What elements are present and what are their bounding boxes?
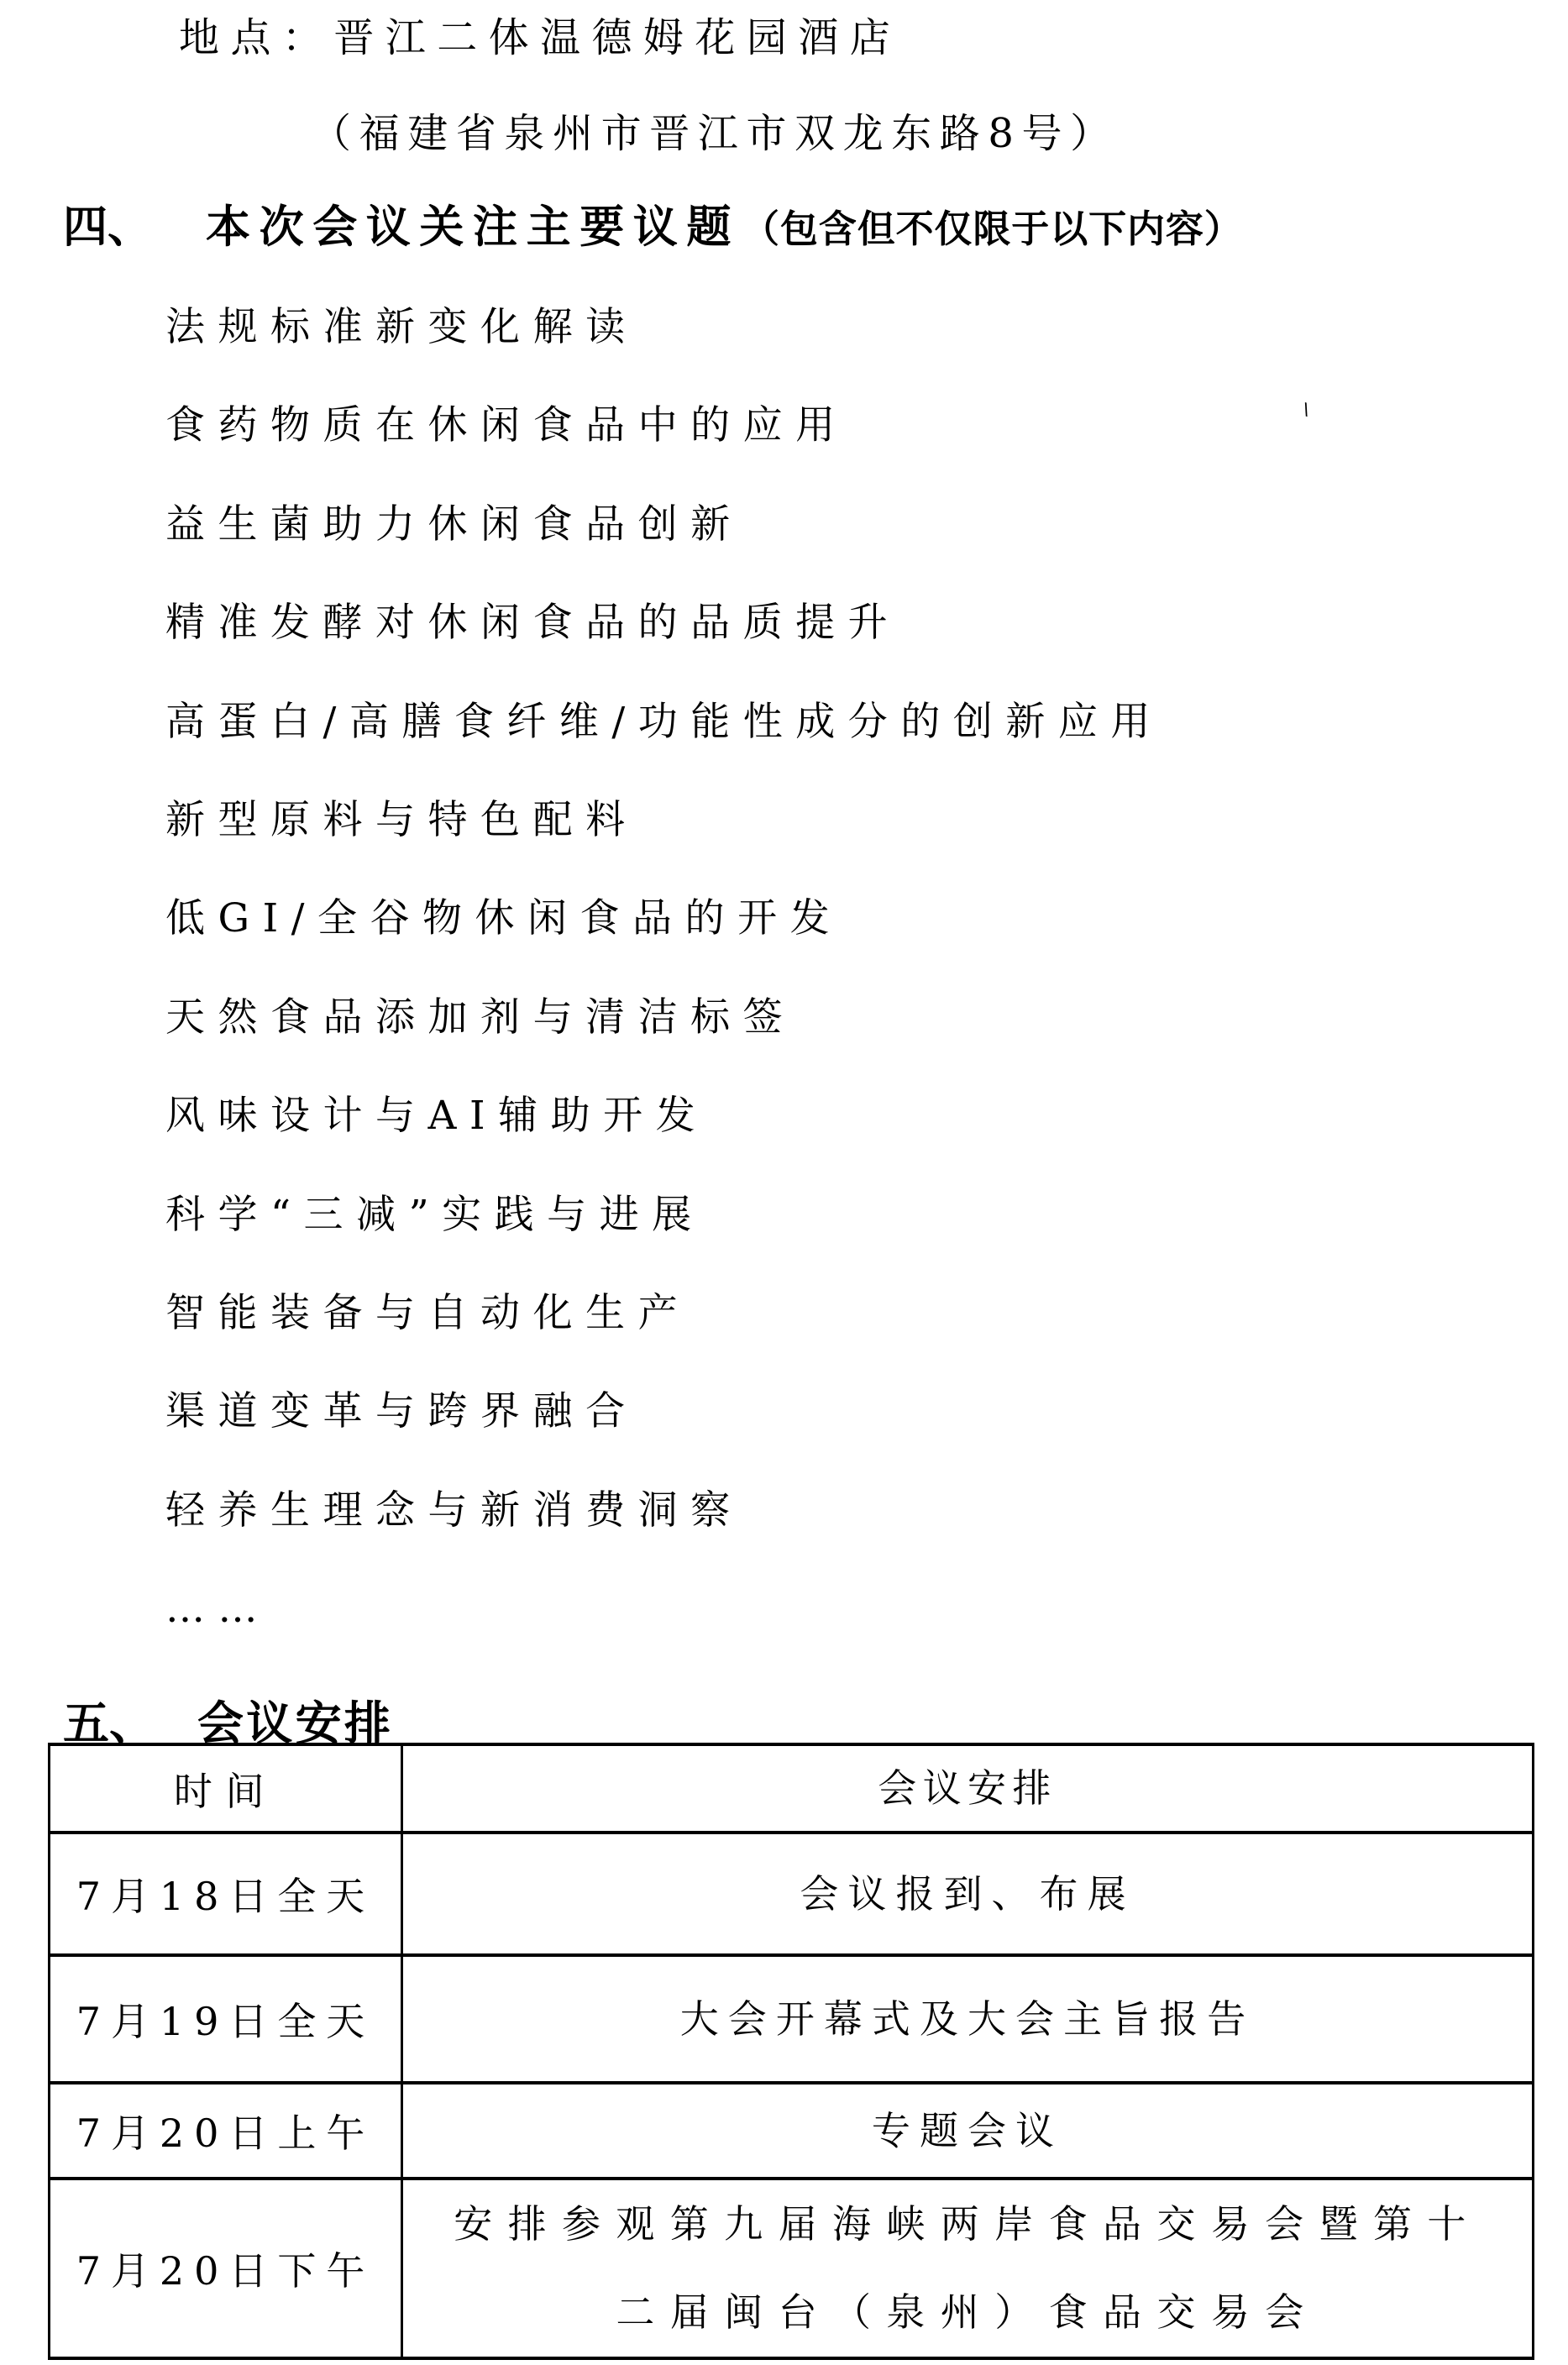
topic-ellipsis: …… bbox=[165, 1560, 1425, 1658]
table-cell-event-text: 专题会议 bbox=[872, 2087, 1063, 2175]
table-cell-event-text: 会议报到、布展 bbox=[800, 1850, 1135, 1938]
table-header-event: 会议安排 bbox=[403, 1746, 1532, 1831]
topic-item: 高蛋白/高膳食纤维/功能性成分的创新应用 bbox=[165, 673, 1425, 771]
table-cell-event: 安排参观第九届海峡两岸食品交易会暨第十二届闽台（泉州）食品交易会 bbox=[403, 2180, 1532, 2357]
table-row: 7月20日下午 安排参观第九届海峡两岸食品交易会暨第十二届闽台（泉州）食品交易会 bbox=[50, 2177, 1532, 2357]
topic-item: 法规标准新变化解读 bbox=[165, 278, 1425, 376]
table-cell-time: 7月20日下午 bbox=[50, 2180, 403, 2357]
topic-item: 精准发酵对休闲食品的品质提升 bbox=[165, 574, 1425, 672]
table-cell-time: 7月18日全天 bbox=[50, 1834, 403, 1953]
document-page: 地点：晋江二体温德姆花园酒店 （福建省泉州市晋江市双龙东路8号） 四、 本次会议… bbox=[0, 0, 1568, 2365]
topic-item: 科学“三减”实践与进展 bbox=[165, 1166, 1425, 1264]
topic-item: 风味设计与AI辅助开发 bbox=[165, 1067, 1425, 1165]
topic-item: 低GI/全谷物休闲食品的开发 bbox=[165, 869, 1425, 967]
table-cell-event-text: 大会开幕式及大会主旨报告 bbox=[680, 1975, 1255, 2063]
topic-item: 益生菌助力休闲食品创新 bbox=[165, 475, 1425, 574]
table-cell-event: 专题会议 bbox=[403, 2084, 1532, 2177]
table-header-time: 时间 bbox=[50, 1746, 403, 1831]
section4-number: 四、 bbox=[63, 191, 206, 255]
schedule-table: 时间 会议安排 7月18日全天 会议报到、布展 7月19日全天 大会开幕式及大会… bbox=[48, 1743, 1534, 2360]
table-cell-event-text: 安排参观第九届海峡两岸食品交易会暨第十二届闽台（泉州）食品交易会 bbox=[430, 2180, 1505, 2357]
section4-title: 本次会议关注主要议题 bbox=[206, 191, 740, 255]
section4-subtitle: （包含但不仅限于以下内容） bbox=[742, 198, 1243, 253]
topic-item: 新型原料与特色配料 bbox=[165, 771, 1425, 869]
table-row: 7月18日全天 会议报到、布展 bbox=[50, 1831, 1532, 1953]
section4-heading: 四、 本次会议关注主要议题 （包含但不仅限于以下内容） bbox=[63, 191, 1243, 255]
table-cell-event: 大会开幕式及大会主旨报告 bbox=[403, 1957, 1532, 2081]
topic-item: 智能装备与自动化生产 bbox=[165, 1264, 1425, 1362]
table-row: 7月19日全天 大会开幕式及大会主旨报告 bbox=[50, 1953, 1532, 2081]
topic-item: 渠道变革与跨界融合 bbox=[165, 1362, 1425, 1460]
table-cell-time: 7月20日上午 bbox=[50, 2084, 403, 2177]
table-cell-time: 7月19日全天 bbox=[50, 1957, 403, 2081]
topic-item: 食药物质在休闲食品中的应用 bbox=[165, 376, 1425, 475]
table-cell-event: 会议报到、布展 bbox=[403, 1834, 1532, 1953]
topic-item: 轻养生理念与新消费洞察 bbox=[165, 1461, 1425, 1560]
venue-address-line: （福建省泉州市晋江市双龙东路8号） bbox=[311, 101, 1119, 159]
venue-line: 地点：晋江二体温德姆花园酒店 bbox=[179, 5, 901, 63]
table-header-event-label: 会议安排 bbox=[878, 1744, 1057, 1833]
table-header-row: 时间 会议安排 bbox=[50, 1746, 1532, 1831]
topics-list: 法规标准新变化解读 食药物质在休闲食品中的应用 益生菌助力休闲食品创新 精准发酵… bbox=[165, 278, 1425, 1658]
table-row: 7月20日上午 专题会议 bbox=[50, 2081, 1532, 2177]
topic-item: 天然食品添加剂与清洁标签 bbox=[165, 968, 1425, 1067]
